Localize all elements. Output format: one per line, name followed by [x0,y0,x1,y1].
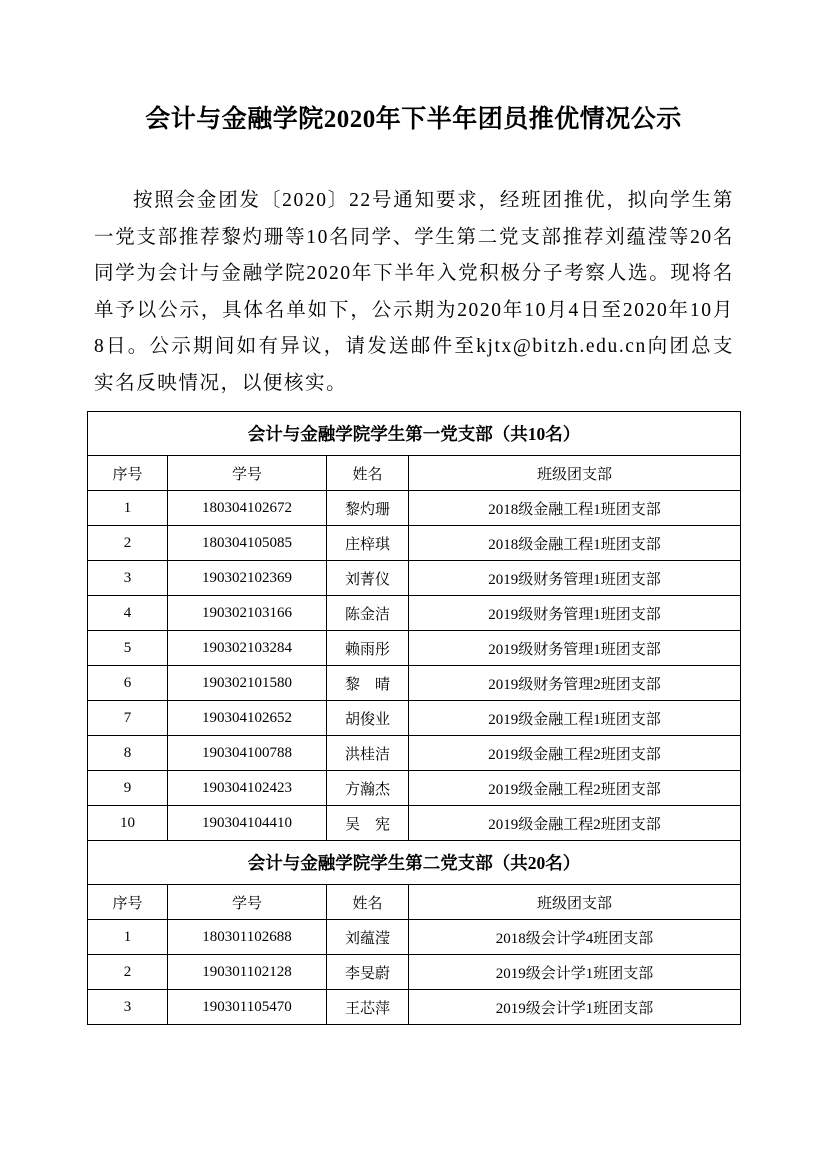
student-id: 190304104410 [168,806,327,841]
student-id: 190301102128 [168,955,327,990]
column-header: 序号 [88,456,168,491]
student-name: 赖雨彤 [327,631,409,666]
row-index: 5 [88,631,168,666]
row-index: 8 [88,736,168,771]
section-title: 会计与金融学院学生第一党支部（共10名） [88,412,741,456]
student-id: 180301102688 [168,920,327,955]
student-name: 庄梓琪 [327,526,409,561]
table-row: 7190304102652胡俊业2019级金融工程1班团支部 [88,701,741,736]
column-header-row: 序号学号姓名班级团支部 [88,885,741,920]
row-index: 9 [88,771,168,806]
class-branch: 2018级金融工程1班团支部 [409,491,741,526]
table-row: 1180301102688刘蕴滢2018级会计学4班团支部 [88,920,741,955]
paragraph-text: 按照会金团发〔2020〕22号通知要求，经班团推优，拟向学生第一党支部推荐黎灼珊… [94,183,734,402]
row-index: 3 [88,561,168,596]
column-header: 班级团支部 [409,456,741,491]
section-title: 会计与金融学院学生第二党支部（共20名） [88,841,741,885]
section-header-row: 会计与金融学院学生第一党支部（共10名） [88,412,741,456]
row-index: 2 [88,526,168,561]
student-name: 陈金洁 [327,596,409,631]
column-header: 学号 [168,885,327,920]
row-index: 1 [88,920,168,955]
table-row: 8190304100788洪桂洁2019级金融工程2班团支部 [88,736,741,771]
table-row: 2180304105085庄梓琪2018级金融工程1班团支部 [88,526,741,561]
student-id: 190304102652 [168,701,327,736]
student-id: 180304105085 [168,526,327,561]
class-branch: 2019级财务管理1班团支部 [409,561,741,596]
student-name: 洪桂洁 [327,736,409,771]
student-id: 180304102672 [168,491,327,526]
table-row: 5190302103284赖雨彤2019级财务管理1班团支部 [88,631,741,666]
table-row: 2190301102128李旻蔚2019级会计学1班团支部 [88,955,741,990]
row-index: 10 [88,806,168,841]
announcement-paragraph: 按照会金团发〔2020〕22号通知要求，经班团推优，拟向学生第一党支部推荐黎灼珊… [94,183,734,402]
column-header: 姓名 [327,456,409,491]
nominee-table: 会计与金融学院学生第一党支部（共10名）序号学号姓名班级团支部118030410… [87,411,741,1025]
table-row: 6190302101580黎 晴2019级财务管理2班团支部 [88,666,741,701]
student-name: 方瀚杰 [327,771,409,806]
column-header-row: 序号学号姓名班级团支部 [88,456,741,491]
student-name: 黎灼珊 [327,491,409,526]
row-index: 7 [88,701,168,736]
column-header: 班级团支部 [409,885,741,920]
student-id: 190304102423 [168,771,327,806]
student-name: 黎 晴 [327,666,409,701]
row-index: 1 [88,491,168,526]
table-row: 9190304102423方瀚杰2019级金融工程2班团支部 [88,771,741,806]
class-branch: 2019级金融工程2班团支部 [409,771,741,806]
student-id: 190302101580 [168,666,327,701]
column-header: 姓名 [327,885,409,920]
class-branch: 2019级金融工程1班团支部 [409,701,741,736]
class-branch: 2019级金融工程2班团支部 [409,736,741,771]
student-name: 吴 宪 [327,806,409,841]
table-row: 1180304102672黎灼珊2018级金融工程1班团支部 [88,491,741,526]
class-branch: 2018级金融工程1班团支部 [409,526,741,561]
class-branch: 2019级会计学1班团支部 [409,955,741,990]
student-name: 胡俊业 [327,701,409,736]
row-index: 3 [88,990,168,1025]
student-id: 190304100788 [168,736,327,771]
table-row: 10190304104410吴 宪2019级金融工程2班团支部 [88,806,741,841]
class-branch: 2019级财务管理2班团支部 [409,666,741,701]
class-branch: 2019级财务管理1班团支部 [409,631,741,666]
row-index: 2 [88,955,168,990]
student-name: 李旻蔚 [327,955,409,990]
student-id: 190302103284 [168,631,327,666]
section-header-row: 会计与金融学院学生第二党支部（共20名） [88,841,741,885]
class-branch: 2019级财务管理1班团支部 [409,596,741,631]
document-title: 会计与金融学院2020年下半年团员推优情况公示 [0,103,827,137]
column-header: 学号 [168,456,327,491]
table-row: 3190302102369刘菁仪2019级财务管理1班团支部 [88,561,741,596]
class-branch: 2018级会计学4班团支部 [409,920,741,955]
table-row: 3190301105470王芯萍2019级会计学1班团支部 [88,990,741,1025]
student-name: 刘蕴滢 [327,920,409,955]
table-row: 4190302103166陈金洁2019级财务管理1班团支部 [88,596,741,631]
student-name: 刘菁仪 [327,561,409,596]
student-id: 190302102369 [168,561,327,596]
student-id: 190302103166 [168,596,327,631]
column-header: 序号 [88,885,168,920]
class-branch: 2019级金融工程2班团支部 [409,806,741,841]
student-name: 王芯萍 [327,990,409,1025]
student-id: 190301105470 [168,990,327,1025]
class-branch: 2019级会计学1班团支部 [409,990,741,1025]
row-index: 6 [88,666,168,701]
row-index: 4 [88,596,168,631]
